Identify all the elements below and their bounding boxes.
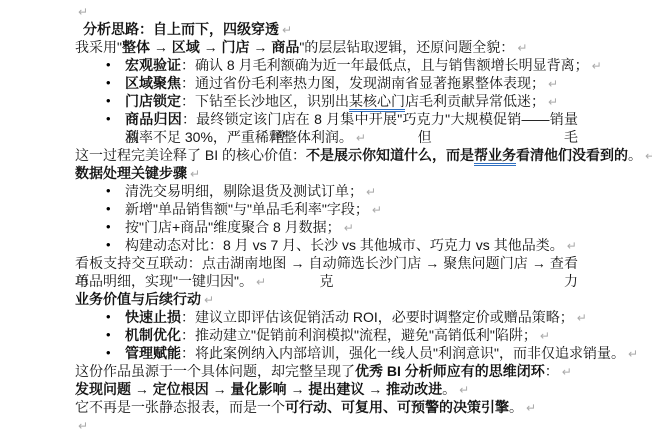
- text-line: 我采用"整体 → 区域 → 门店 → 商品"的层层钻取逻辑，还原问题全貌：↵: [75, 38, 578, 56]
- text-line: •管理赋能：将此案例纳入内部培训，强化一线人员"利润意识"，而非仅追求销量。↵: [75, 344, 578, 362]
- paragraph-mark-icon: ↵: [589, 59, 602, 73]
- text-run: 快速止损: [125, 309, 181, 325]
- bullet-item: •管理赋能：将此案例纳入内部培训，强化一线人员"利润意识"，而非仅追求销量。↵: [75, 344, 578, 362]
- bullet-icon: •: [106, 236, 111, 254]
- text-run: 这一过程完美诠释了 BI 的核心价值：: [75, 147, 306, 163]
- bullet-item: •机制优化：推动建立"促销前利润模拟"流程，避免"高销低利"陷阱；↵: [75, 326, 578, 344]
- paragraph-mark-icon: ↵: [545, 95, 558, 109]
- paragraph: 我采用"整体 → 区域 → 门店 → 商品"的层层钻取逻辑，还原问题全貌：↵: [75, 38, 578, 56]
- text-line: 数据处理关键步骤↵: [75, 164, 578, 182]
- text-run: 数据处理关键步骤: [75, 165, 187, 181]
- text-run: 清洗交易明细，剔除退货及测试订单；: [125, 183, 363, 199]
- paragraph-mark-icon: ↵: [187, 167, 200, 181]
- bullet-item: •区域聚焦：通过省份毛利率热力图，发现湖南省显著拖累整体表现；↵: [75, 74, 578, 92]
- text-line: 看板支持交互联动：点击湖南地图 → 自动筛选长沙门店 → 聚焦问题门店 → 查看…: [75, 254, 578, 272]
- paragraph-mark-icon: ↵: [363, 185, 376, 199]
- text-run: 管理赋能: [125, 345, 181, 361]
- text-line: •宏观验证：确认 8 月毛利额确为近一年最低点，且与销售额增长明显背离；↵: [75, 56, 578, 74]
- paragraph-mark-icon: ↵: [523, 401, 536, 415]
- text-run: 。: [628, 147, 642, 163]
- bullet-icon: •: [106, 308, 111, 326]
- document-page[interactable]: ↵分析思路：自上而下，四级穿透↵我采用"整体 → 区域 → 门店 → 商品"的层…: [0, 0, 652, 434]
- section-heading: 分析思路：自上而下，四级穿透↵: [75, 20, 578, 38]
- bullet-item: •宏观验证：确认 8 月毛利额确为近一年最低点，且与销售额增长明显背离；↵: [75, 56, 578, 74]
- paragraph-mark-icon: ↵: [369, 203, 382, 217]
- text-run: 。: [442, 381, 456, 397]
- text-line: •门店锁定：下钻至长沙地区，识别出某核心门店毛利贡献异常低迷；↵: [75, 92, 578, 110]
- paragraph-mark-icon: ↵: [456, 383, 469, 397]
- paragraph-mark-icon: ↵: [201, 293, 214, 307]
- bullet-icon: •: [106, 200, 111, 218]
- document-body: ↵分析思路：自上而下，四级穿透↵我采用"整体 → 区域 → 门店 → 商品"的层…: [75, 2, 578, 434]
- section-heading: 数据处理关键步骤↵: [75, 164, 578, 182]
- text-run: ：: [545, 363, 559, 379]
- text-line: ↵: [75, 2, 578, 20]
- paragraph: 发现问题 → 定位根因 → 量化影响 → 提出建议 → 推动改进。↵: [75, 380, 578, 398]
- paragraph-mark-icon: ↵: [75, 419, 88, 433]
- paragraph-mark-icon: ↵: [253, 275, 266, 289]
- text-run: ：推动建立"促销前利润模拟"流程，避免"高销低利"陷阱；: [181, 327, 537, 343]
- text-line: 它不再是一张静态报表，而是一个可行动、可复用、可预警的决策引擎。↵: [75, 398, 578, 416]
- text-run: ：通过省份毛利率热力图，发现湖南省显著拖累整体表现；: [181, 75, 545, 91]
- text-line: •区域聚焦：通过省份毛利率热力图，发现湖南省显著拖累整体表现；↵: [75, 74, 578, 92]
- text-run: 新增"单品销售额"与"单品毛利率"字段；: [125, 201, 369, 217]
- bullet-icon: •: [106, 92, 111, 110]
- text-line: •清洗交易明细，剔除退货及测试订单；↵: [75, 182, 578, 200]
- text-line: 单品明细，实现"一键归因"。↵: [75, 272, 578, 290]
- paragraph-mark-icon: ↵: [75, 5, 88, 19]
- paragraph-mark-icon: ↵: [625, 347, 638, 361]
- bullet-icon: •: [106, 218, 111, 236]
- text-line: •新增"单品销售额"与"单品毛利率"字段；↵: [75, 200, 578, 218]
- bullet-item: •清洗交易明细，剔除退货及测试订单；↵: [75, 182, 578, 200]
- paragraph-mark-icon: ↵: [353, 131, 366, 145]
- text-run: 宏观验证: [125, 57, 181, 73]
- text-line: •机制优化：推动建立"促销前利润模拟"流程，避免"高销低利"陷阱；↵: [75, 326, 578, 344]
- text-run: 按"门店+商品"维度聚合 8 月数据；: [125, 219, 341, 235]
- paragraph-mark-icon: ↵: [537, 329, 550, 343]
- text-line: 业务价值与后续行动↵: [75, 290, 578, 308]
- paragraph-mark-icon: ↵: [574, 311, 587, 325]
- bullet-icon: •: [106, 56, 111, 74]
- text-run: 。: [509, 399, 523, 415]
- text-run: 不是展示你知道什么，而是: [306, 147, 474, 163]
- paragraph-mark-icon: ↵: [642, 149, 652, 163]
- section-heading: 业务价值与后续行动↵: [75, 290, 578, 308]
- bullet-icon: •: [106, 74, 111, 92]
- text-line: •按"门店+商品"维度聚合 8 月数据；↵: [75, 218, 578, 236]
- bullet-icon: •: [106, 110, 111, 128]
- paragraph-mark-icon: ↵: [341, 221, 354, 235]
- paragraph-mark-icon: ↵: [514, 41, 527, 55]
- text-run: 商品归因: [125, 111, 182, 127]
- empty-paragraph: ↵: [75, 2, 578, 20]
- text-run: 我采用": [75, 39, 122, 55]
- bullet-item: •新增"单品销售额"与"单品毛利率"字段；↵: [75, 200, 578, 218]
- bullet-icon: •: [106, 182, 111, 200]
- text-run: 业务价值与后续行动: [75, 291, 201, 307]
- paragraph-mark-icon: ↵: [559, 365, 572, 379]
- paragraph: 这份作品虽源于一个具体问题，却完整呈现了优秀 BI 分析师应有的思维闭环：↵: [75, 362, 578, 380]
- text-line: •快速止损：建议立即评估该促销活动 ROI，必要时调整定价或赠品策略；↵: [75, 308, 578, 326]
- text-line: 这一过程完美诠释了 BI 的核心价值：不是展示你知道什么，而是帮业务看清他们没看…: [75, 146, 578, 164]
- text-run: 它不再是一张静态报表，而是一个: [75, 399, 285, 415]
- text-line: ↵: [75, 416, 578, 434]
- text-run: ：将此案例纳入内部培训，强化一线人员"利润意识"，而非仅追求销量。: [181, 345, 625, 361]
- text-line: 这份作品虽源于一个具体问题，却完整呈现了优秀 BI 分析师应有的思维闭环：↵: [75, 362, 578, 380]
- text-line: 发现问题 → 定位根因 → 量化影响 → 提出建议 → 推动改进。↵: [75, 380, 578, 398]
- text-line: 利率不足 30%，严重稀释整体利润。↵: [75, 128, 578, 146]
- bullet-item: •快速止损：建议立即评估该促销活动 ROI，必要时调整定价或赠品策略；↵: [75, 308, 578, 326]
- text-run: ：建议立即评估该促销活动 ROI，必要时调整定价或赠品策略；: [181, 309, 574, 325]
- bullet-icon: •: [106, 326, 111, 344]
- text-line: •商品归因：最终锁定该门店在 8 月集中开展"巧克力"大规模促销——销量激增但毛: [75, 110, 578, 128]
- paragraph-mark-icon: ↵: [564, 239, 577, 253]
- bullet-item: •门店锁定：下钻至长沙地区，识别出某核心门店毛利贡献异常低迷；↵: [75, 92, 578, 110]
- text-run: ：确认 8 月毛利额确为近一年最低点，且与销售额增长明显背离；: [181, 57, 589, 73]
- text-run: 门店锁定: [125, 93, 181, 109]
- text-run: 这份作品虽源于一个具体问题，却完整呈现了: [75, 363, 355, 379]
- paragraph-mark-icon: ↵: [545, 77, 558, 91]
- bullet-icon: •: [106, 344, 111, 362]
- text-run: "的层层钻取逻辑，还原问题全貌：: [299, 39, 514, 55]
- text-run: 分析思路：自上而下，四级穿透: [83, 21, 279, 37]
- text-line: 分析思路：自上而下，四级穿透↵: [83, 20, 578, 38]
- text-run: 区域聚焦: [125, 75, 181, 91]
- text-run: ：下钻至长沙地区，识别出: [181, 93, 349, 109]
- paragraph: 看板支持交互联动：点击湖南地图 → 自动筛选长沙门店 → 聚焦问题门店 → 查看…: [75, 254, 578, 290]
- text-run: 发现问题 → 定位根因 → 量化影响 → 提出建议 → 推动改进: [75, 381, 442, 397]
- paragraph-mark-icon: ↵: [279, 23, 292, 37]
- text-run: 构建动态对比：8 月 vs 7 月、长沙 vs 其他城市、巧克力 vs 其他品类…: [125, 237, 564, 253]
- text-run: 可行动、可复用、可预警的决策引擎: [285, 399, 509, 415]
- bullet-item: •商品归因：最终锁定该门店在 8 月集中开展"巧克力"大规模促销——销量激增但毛…: [75, 110, 578, 146]
- text-run: 店毛利贡献异常低迷；: [405, 93, 545, 109]
- paragraph: 这一过程完美诠释了 BI 的核心价值：不是展示你知道什么，而是帮业务看清他们没看…: [75, 146, 578, 164]
- text-run: 优秀 BI 分析师应有的思维闭环: [355, 363, 545, 379]
- text-run: 整体 → 区域 → 门店 → 商品: [122, 39, 299, 55]
- empty-paragraph: ↵: [75, 416, 578, 434]
- text-run: 利率不足 30%，严重稀释整体利润。: [125, 129, 353, 145]
- bullet-item: •按"门店+商品"维度聚合 8 月数据；↵: [75, 218, 578, 236]
- text-run: 机制优化: [125, 327, 181, 343]
- text-run: 看清他们没看到的: [516, 147, 628, 163]
- text-line: •构建动态对比：8 月 vs 7 月、长沙 vs 其他城市、巧克力 vs 其他品…: [75, 236, 578, 254]
- paragraph: 它不再是一张静态报表，而是一个可行动、可复用、可预警的决策引擎。↵: [75, 398, 578, 416]
- bullet-item: •构建动态对比：8 月 vs 7 月、长沙 vs 其他城市、巧克力 vs 其他品…: [75, 236, 578, 254]
- text-run: 单品明细，实现"一键归因"。: [75, 273, 253, 289]
